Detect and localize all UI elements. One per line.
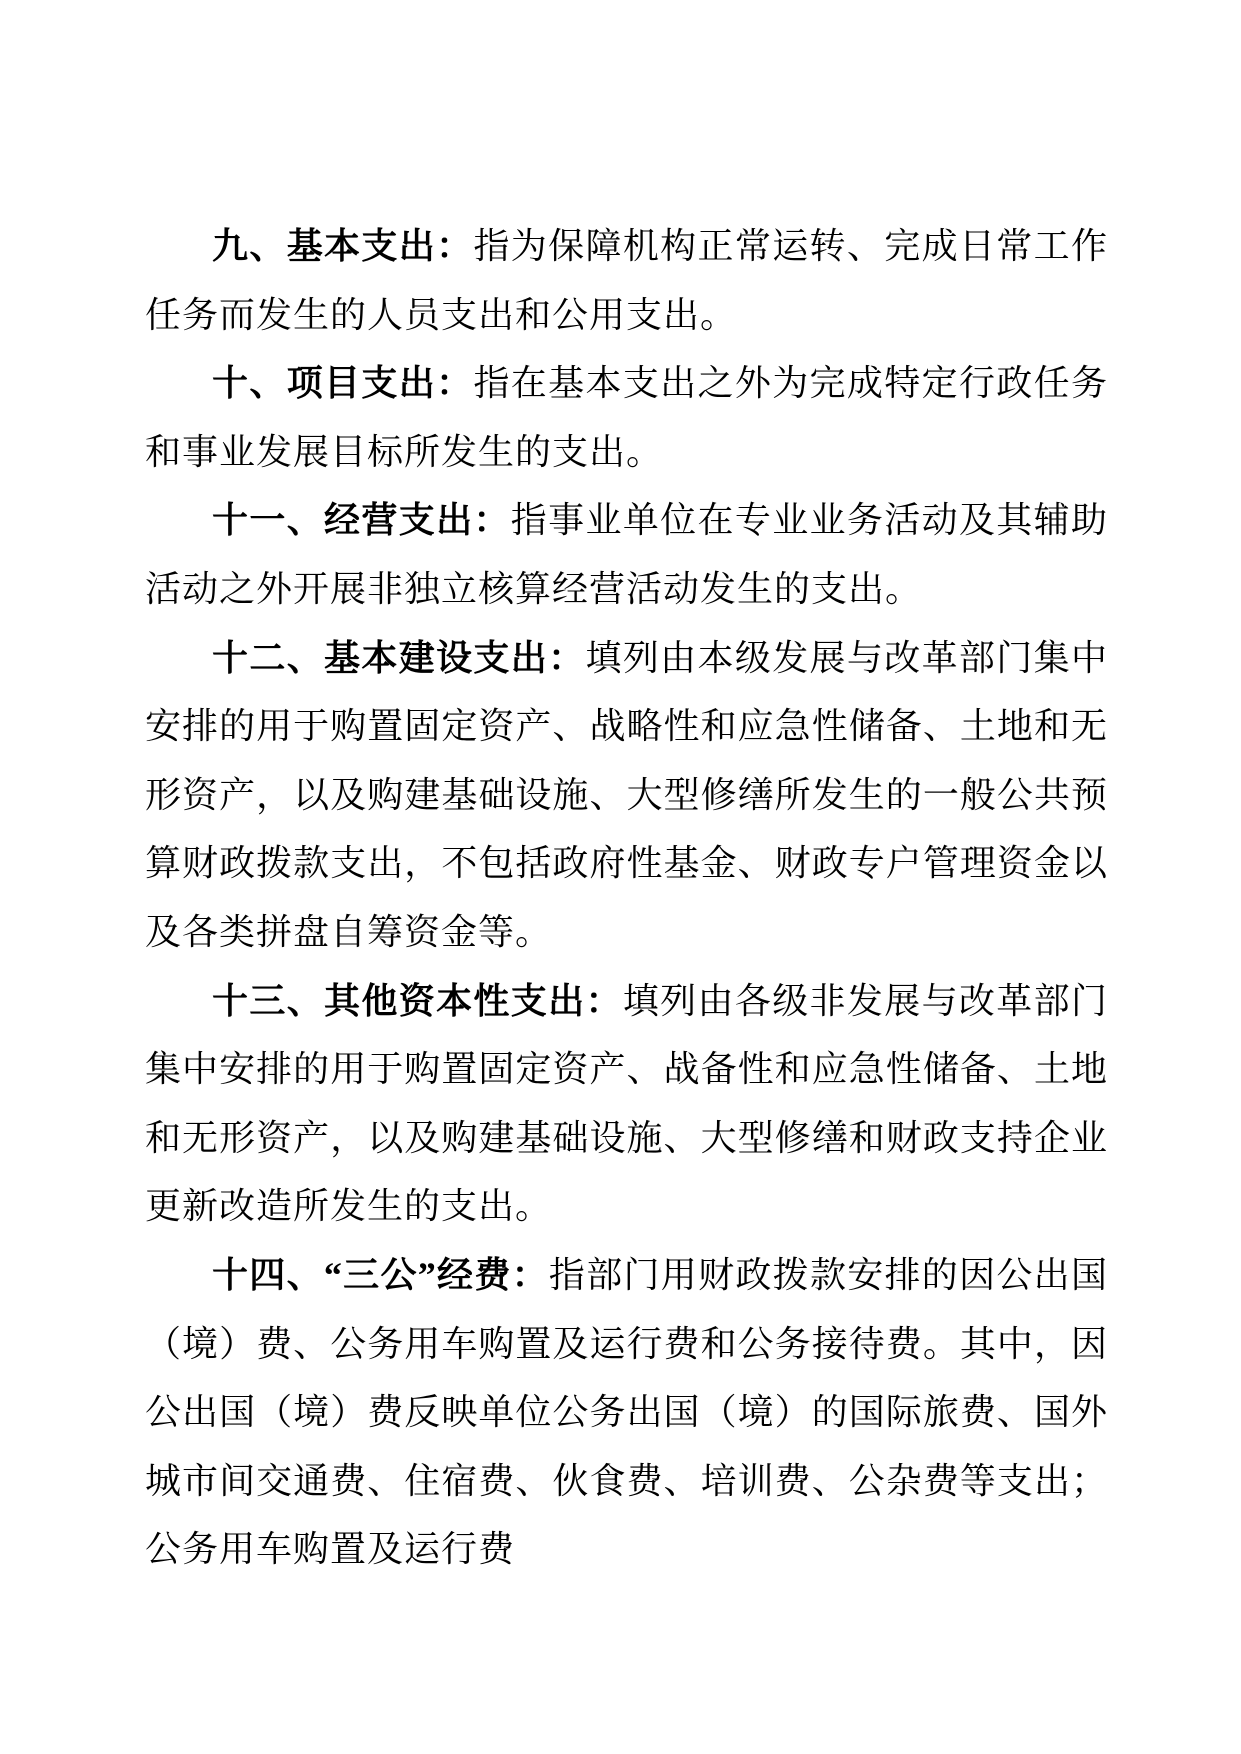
- paragraph-heading: 九、基本支出：: [212, 226, 473, 266]
- paragraph-text: 填列由本级发展与改革部门集中安排的用于购置固定资产、战略性和应急性储备、土地和无…: [145, 638, 1108, 952]
- paragraph-other-capital-expenditure: 十三、其他资本性支出：填列由各级非发展与改革部门集中安排的用于购置固定资产、战备…: [145, 967, 1108, 1241]
- paragraph-basic-expenditure: 九、基本支出：指为保障机构正常运转、完成日常工作任务而发生的人员支出和公用支出。: [145, 212, 1108, 349]
- paragraph-operating-expenditure: 十一、经营支出：指事业单位在专业业务活动及其辅助活动之外开展非独立核算经营活动发…: [145, 486, 1108, 623]
- paragraph-project-expenditure: 十、项目支出：指在基本支出之外为完成特定行政任务和事业发展目标所发生的支出。: [145, 349, 1108, 486]
- paragraph-heading: 十三、其他资本性支出：: [212, 981, 623, 1021]
- paragraph-text: 指部门用财政拨款安排的因公出国（境）费、公务用车购置及运行费和公务接待费。其中，…: [145, 1255, 1108, 1569]
- paragraph-heading: 十二、基本建设支出：: [212, 638, 585, 678]
- text-body: 九、基本支出：指为保障机构正常运转、完成日常工作任务而发生的人员支出和公用支出。…: [145, 212, 1108, 1584]
- paragraph-three-public-funds: 十四、“三公”经费：指部门用财政拨款安排的因公出国（境）费、公务用车购置及运行费…: [145, 1241, 1108, 1584]
- paragraph-heading: 十一、经营支出：: [212, 500, 511, 540]
- paragraph-heading: 十四、“三公”经费：: [212, 1255, 549, 1295]
- paragraph-capital-construction-expenditure: 十二、基本建设支出：填列由本级发展与改革部门集中安排的用于购置固定资产、战略性和…: [145, 624, 1108, 967]
- paragraph-heading: 十、项目支出：: [212, 363, 473, 403]
- document-page: 九、基本支出：指为保障机构正常运转、完成日常工作任务而发生的人员支出和公用支出。…: [0, 0, 1241, 1754]
